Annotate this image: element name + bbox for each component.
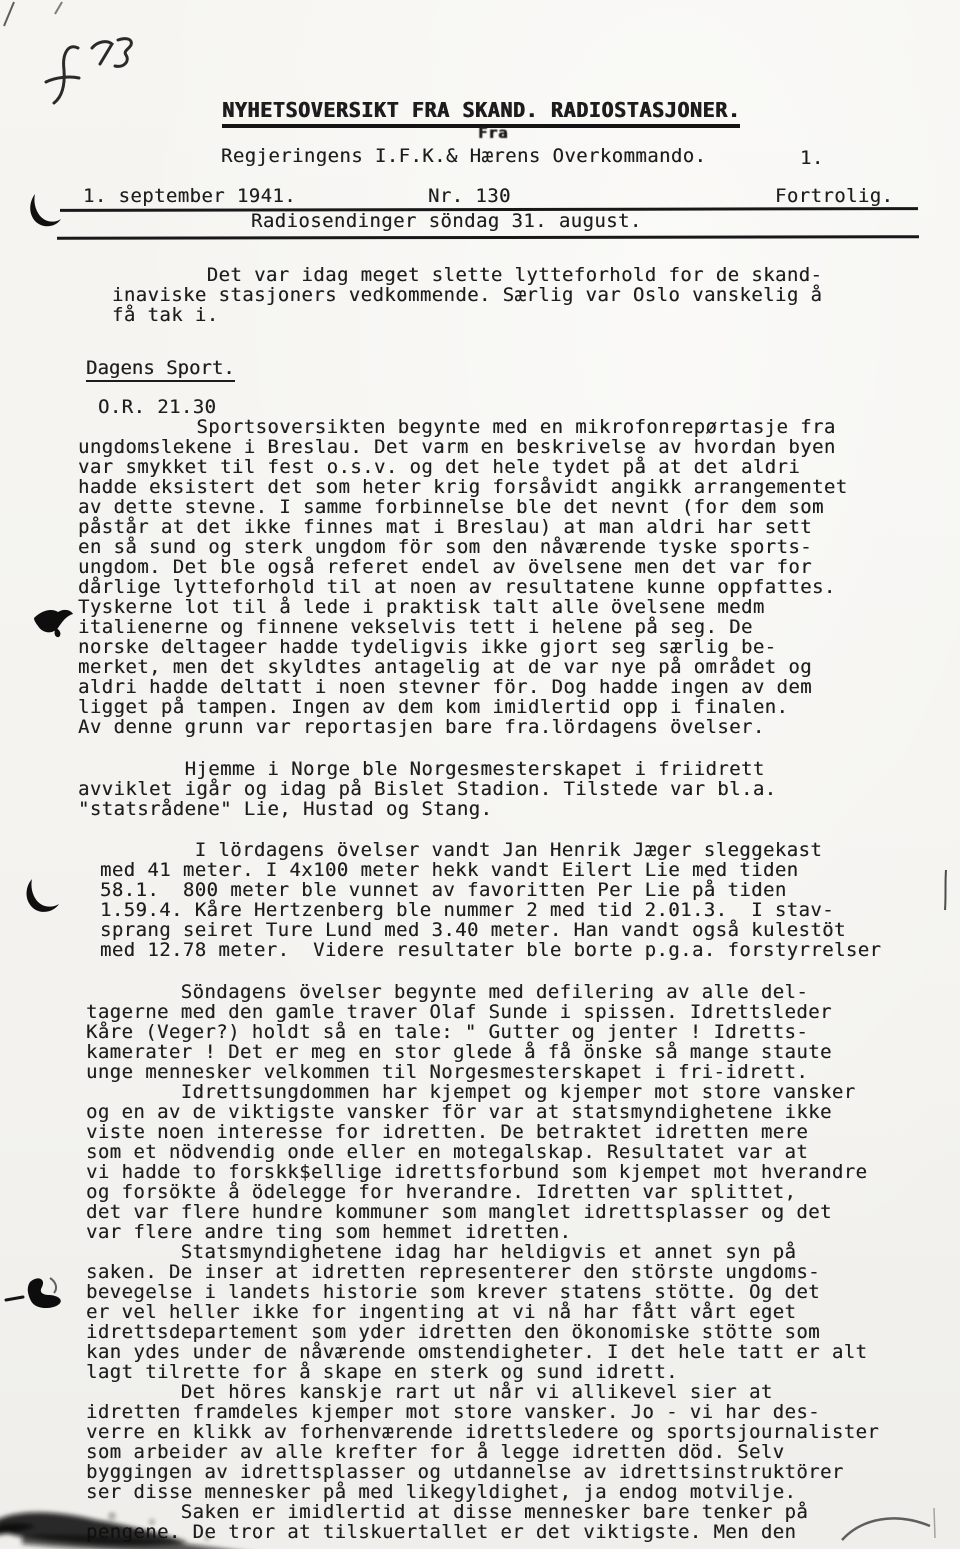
- section-heading-dagens-sport: Dagens Sport.: [86, 357, 235, 382]
- ink-crescent-left-3-icon: [22, 874, 64, 918]
- handwritten-code-f73-icon: [40, 28, 150, 113]
- overtyped-word-fra: Fra: [478, 124, 508, 142]
- ink-scribble-left-4-icon: [4, 1270, 74, 1326]
- ink-blot-left-2-icon: [28, 600, 78, 648]
- divider-rule-bottom: [57, 235, 919, 240]
- classification-label: Fortrolig.: [775, 186, 893, 206]
- broadcast-heading: Radiosendinger söndag 31. august.: [251, 211, 642, 231]
- paragraph-norgesmesterskap: Hjemme i Norge ble Norgesmesterskapet i …: [78, 759, 952, 819]
- page-number: 1.: [800, 148, 824, 168]
- issue-number: Nr. 130: [428, 186, 511, 206]
- paragraph-lordagens-ovelser: I lördagens övelser vandt Jan Henrik Jæg…: [78, 840, 952, 960]
- pen-tick-top-left-icon: [0, 0, 70, 30]
- broadcast-time: O.R. 21.30: [78, 397, 952, 417]
- intro-paragraph: Det var idag meget slette lytteforhold f…: [78, 265, 952, 325]
- document-subtitle: Regjeringens I.F.K.& Hærens Overkommando…: [221, 146, 706, 166]
- paragraph-sportsoversikt: Sportsoversikten begynte med en mikrofon…: [78, 417, 952, 737]
- date-label: 1. september 1941.: [83, 186, 296, 206]
- paragraph-sondagens-ovelser: Söndagens övelser begynte med defilering…: [78, 982, 952, 1542]
- document-body: Det var idag meget slette lytteforhold f…: [78, 265, 952, 1542]
- scanned-document-page: NYHETSOVERSIKT FRA SKAND. RADIOSTASJONER…: [0, 0, 960, 1549]
